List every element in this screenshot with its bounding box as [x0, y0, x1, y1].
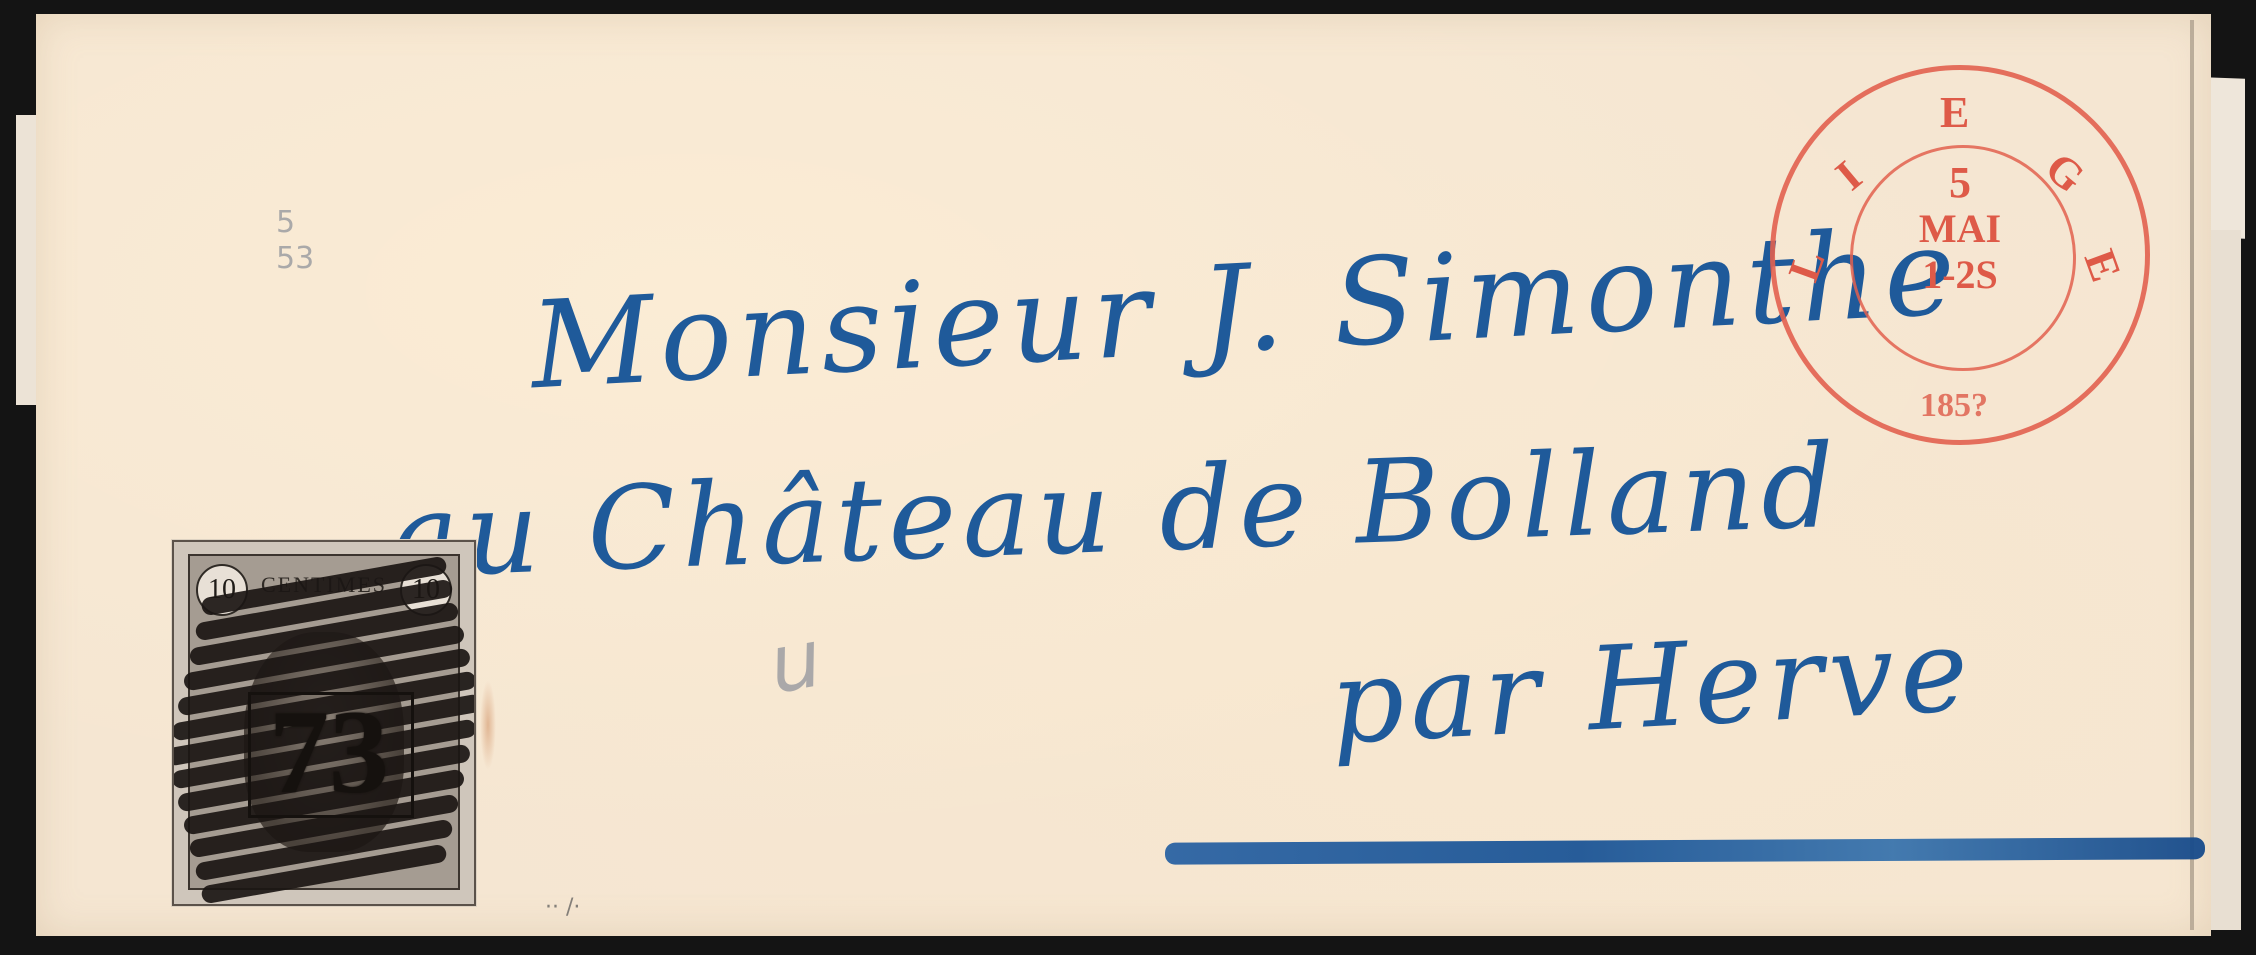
ink-smudge	[480, 680, 496, 770]
fold-edge	[2190, 20, 2194, 930]
datestamp-day: 5	[1850, 160, 2070, 206]
right-fold-flap	[2210, 230, 2241, 930]
right-fold-flap-top	[2205, 77, 2245, 238]
cancel-number: 73	[234, 692, 424, 812]
pencil-note-bottom: ·· /·	[545, 895, 580, 920]
postage-stamp: 10 CENTIMES 10 73	[172, 540, 476, 906]
datestamp-town-letter: E	[1940, 87, 1969, 138]
datestamp-month: MAI	[1850, 206, 2070, 252]
pencil-note-top-left: 5 53	[276, 205, 314, 277]
liege-datestamp: L I E G E 5 MAI 1-2S 185?	[1770, 65, 2150, 445]
datestamp-year: 185?	[1920, 387, 1988, 425]
datestamp-time: 1-2S	[1850, 252, 2070, 298]
datestamp-date: 5 MAI 1-2S	[1850, 160, 2070, 298]
